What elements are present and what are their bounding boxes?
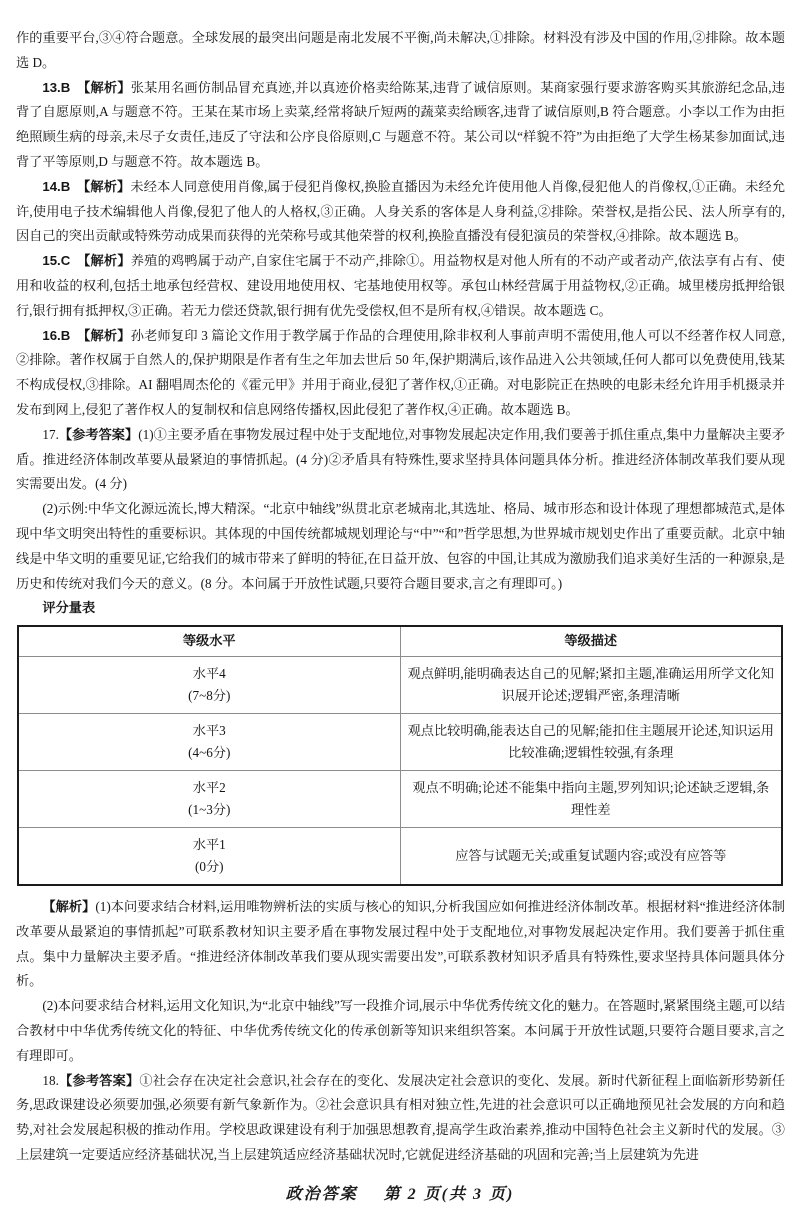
rubric-level-name: 水平3 [25, 720, 394, 742]
rubric-score-range: (7~8分) [25, 685, 394, 707]
answer-text: 养殖的鸡鸭属于动产,自家住宅属于不动产,排除①。用益物权是对他人所有的不动产或者… [16, 253, 785, 318]
answer-text: 张某用名画仿制品冒充真迹,并以真迹价格卖给陈某,违背了诚信原则。某商家强行要求游… [16, 80, 785, 169]
rubric-level-cell: 水平3(4~6分) [18, 713, 400, 770]
paragraph: (2)本问要求结合材料,运用文化知识,为“北京中轴线”写一段推介词,展示中华优秀… [16, 994, 785, 1068]
paragraph: (2)示例:中华文化源远流长,博大精深。“北京中轴线”纵贯北京老城南北,其选址、… [16, 497, 785, 596]
rubric-score-range: (4~6分) [25, 742, 394, 764]
answer-text: 孙老师复印 3 篇论文作用于教学属于作品的合理使用,除非权利人事前声明不需使用,… [16, 328, 785, 417]
rubric-description: 观点不明确;论述不能集中指向主题,罗列知识;论述缺乏逻辑,条理性差 [400, 770, 782, 827]
answers-section-top: 作的重要平台,③④符合题意。全球发展的最突出问题是南北发展不平衡,尚未解决,①排… [16, 26, 785, 596]
answer-label: 14.B 【解析】 [42, 179, 130, 194]
answer-text: (1)本问要求结合材料,运用唯物辨析法的实质与核心的知识,分析我国应如何推进经济… [16, 899, 785, 988]
paragraph: 16.B 【解析】孙老师复印 3 篇论文作用于教学属于作品的合理使用,除非权利人… [16, 324, 785, 423]
answer-text: (2)本问要求结合材料,运用文化知识,为“北京中轴线”写一段推介词,展示中华优秀… [16, 998, 785, 1063]
rubric-score-range: (1~3分) [25, 799, 394, 821]
answer-label: 13.B 【解析】 [42, 80, 130, 95]
answer-label: 16.B 【解析】 [42, 328, 130, 343]
rubric-description: 观点比较明确,能表达自己的见解;能扣住主题展开论述,知识运用比较准确;逻辑性较强… [400, 713, 782, 770]
scoring-rubric-table: 等级水平 等级描述 水平4(7~8分)观点鲜明,能明确表达自己的见解;紧扣主题,… [17, 625, 783, 886]
answer-text: (2)示例:中华文化源远流长,博大精深。“北京中轴线”纵贯北京老城南北,其选址、… [16, 501, 785, 590]
answer-text: 作的重要平台,③④符合题意。全球发展的最突出问题是南北发展不平衡,尚未解决,①排… [16, 30, 785, 70]
answer-label: 【解析】 [42, 899, 95, 914]
rubric-header-level: 等级水平 [18, 626, 400, 656]
answer-text: 18. [42, 1073, 58, 1088]
rubric-level-name: 水平1 [25, 834, 394, 856]
paragraph: 【解析】(1)本问要求结合材料,运用唯物辨析法的实质与核心的知识,分析我国应如何… [16, 895, 785, 994]
rubric-row: 水平2(1~3分)观点不明确;论述不能集中指向主题,罗列知识;论述缺乏逻辑,条理… [18, 770, 782, 827]
footer-doc-label: 政治答案 [286, 1186, 358, 1203]
paragraph: 13.B 【解析】张某用名画仿制品冒充真迹,并以真迹价格卖给陈某,违背了诚信原则… [16, 76, 785, 175]
rubric-header-description: 等级描述 [400, 626, 782, 656]
paragraph: 14.B 【解析】未经本人同意使用肖像,属于侵犯肖像权,换脸直播因为未经允许使用… [16, 175, 785, 249]
rubric-row: 水平1(0分)应答与试题无关;或重复试题内容;或没有应答等 [18, 827, 782, 885]
answers-section-bottom: 【解析】(1)本问要求结合材料,运用唯物辨析法的实质与核心的知识,分析我国应如何… [16, 895, 785, 1168]
page-footer: 政治答案第 2 页(共 3 页) [0, 1183, 800, 1208]
rubric-row: 水平4(7~8分)观点鲜明,能明确表达自己的见解;紧扣主题,准确运用所学文化知识… [18, 656, 782, 713]
rubric-level-cell: 水平2(1~3分) [18, 770, 400, 827]
rubric-level-cell: 水平1(0分) [18, 827, 400, 885]
rubric-header-row: 等级水平 等级描述 [18, 626, 782, 656]
paragraph: 作的重要平台,③④符合题意。全球发展的最突出问题是南北发展不平衡,尚未解决,①排… [16, 26, 785, 76]
rubric-description: 应答与试题无关;或重复试题内容;或没有应答等 [400, 827, 782, 885]
answer-text: 未经本人同意使用肖像,属于侵犯肖像权,换脸直播因为未经允许使用他人肖像,侵犯他人… [16, 179, 785, 244]
rubric-row: 水平3(4~6分)观点比较明确,能表达自己的见解;能扣住主题展开论述,知识运用比… [18, 713, 782, 770]
answer-text: 17. [42, 427, 58, 442]
rubric-level-name: 水平2 [25, 777, 394, 799]
answer-label: 【参考答案】 [59, 1073, 140, 1088]
answer-label: 15.C 【解析】 [42, 253, 130, 268]
paragraph: 18.【参考答案】①社会存在决定社会意识,社会存在的变化、发展决定社会意识的变化… [16, 1069, 785, 1168]
paragraph: 15.C 【解析】养殖的鸡鸭属于动产,自家住宅属于不动产,排除①。用益物权是对他… [16, 249, 785, 323]
rubric-score-range: (0分) [25, 856, 394, 878]
rubric-level-name: 水平4 [25, 663, 394, 685]
rubric-caption: 评分量表 [16, 596, 785, 621]
answer-key-page: 作的重要平台,③④符合题意。全球发展的最突出问题是南北发展不平衡,尚未解决,①排… [0, 0, 800, 1220]
answer-label: 【参考答案】 [59, 427, 138, 442]
rubric-description: 观点鲜明,能明确表达自己的见解;紧扣主题,准确运用所学文化知识展开论述;逻辑严密… [400, 656, 782, 713]
footer-page-number: 第 2 页(共 3 页) [384, 1186, 515, 1203]
rubric-level-cell: 水平4(7~8分) [18, 656, 400, 713]
paragraph: 17.【参考答案】(1)①主要矛盾在事物发展过程中处于支配地位,对事物发展起决定… [16, 423, 785, 497]
